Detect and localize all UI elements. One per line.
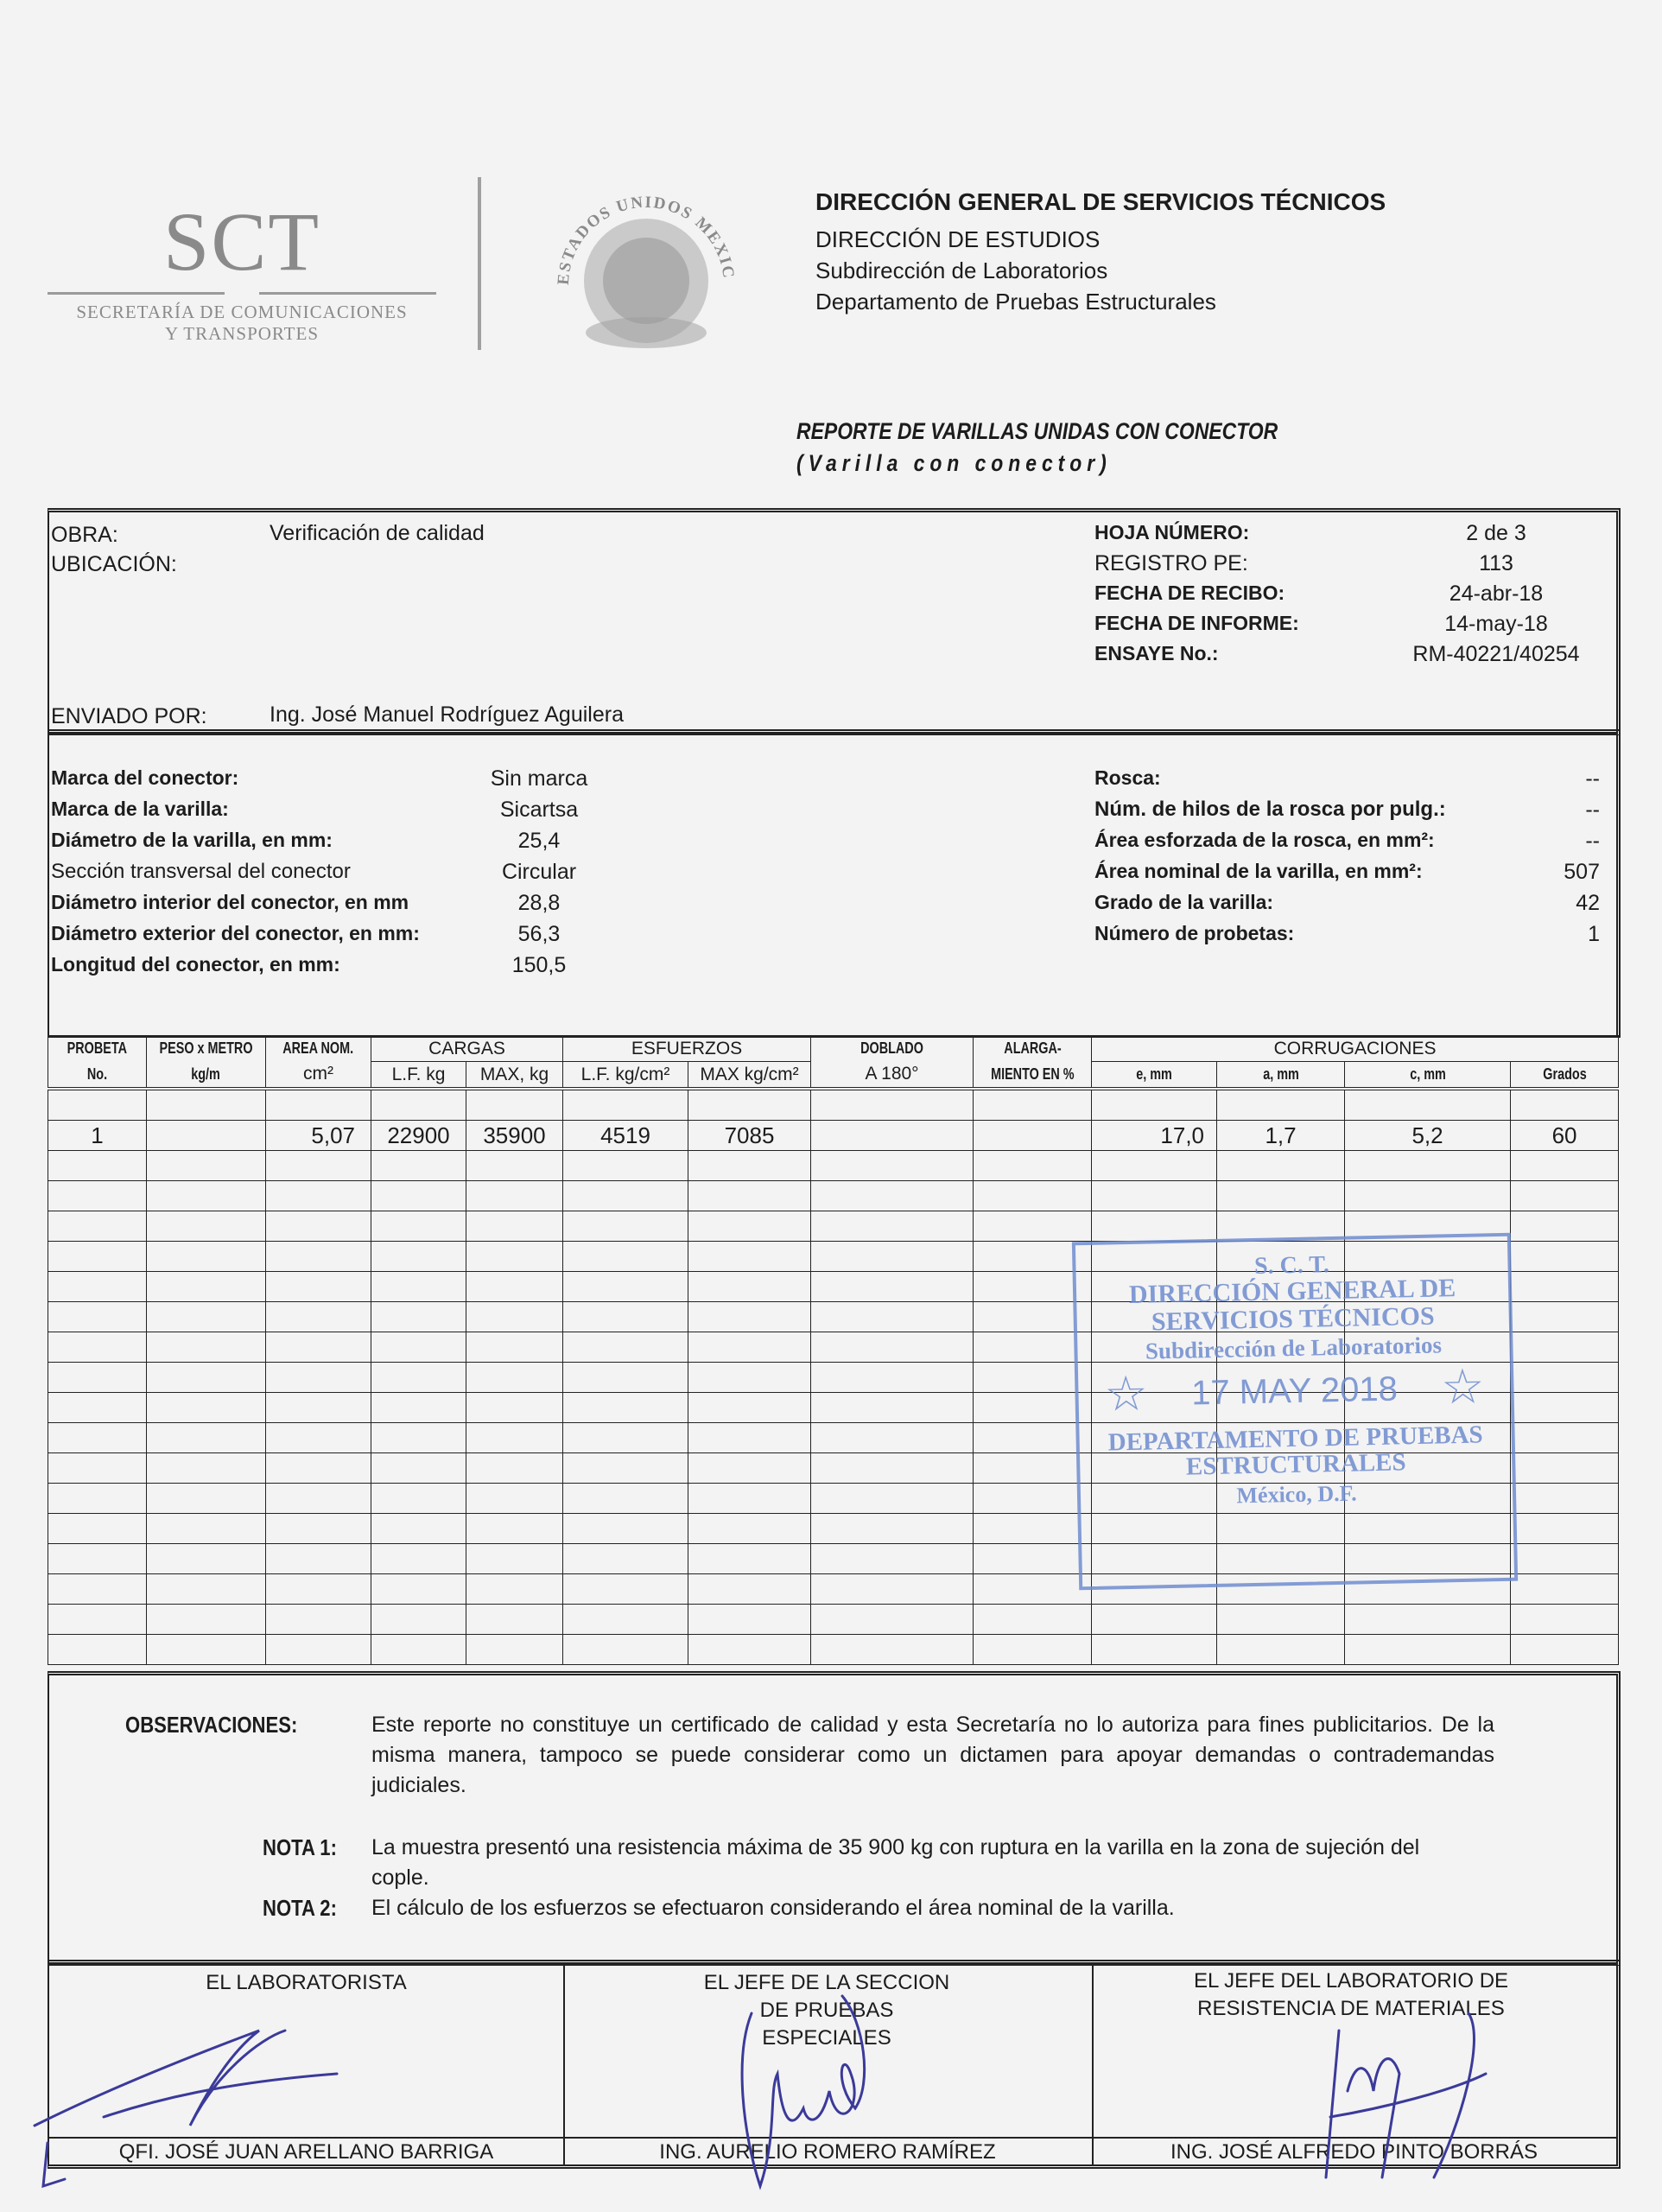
table-cell — [1217, 1151, 1345, 1181]
logo-divider — [478, 177, 481, 350]
table-cell — [266, 1332, 371, 1363]
table-cell — [466, 1635, 563, 1665]
table-cell — [266, 1635, 371, 1665]
table-cell — [371, 1423, 466, 1453]
table-cell — [48, 1332, 147, 1363]
spec-value: -- — [1585, 829, 1600, 854]
table-cell — [974, 1181, 1092, 1211]
table-cell — [563, 1393, 688, 1423]
table-cell — [147, 1151, 266, 1181]
table-cell: 5,07 — [266, 1121, 371, 1151]
table-cell — [371, 1363, 466, 1393]
table-cell — [371, 1453, 466, 1484]
table-cell — [466, 1544, 563, 1574]
table-cell — [688, 1272, 811, 1302]
header-line-2: DIRECCIÓN DE ESTUDIOS — [815, 226, 1100, 253]
table-row — [48, 1181, 1619, 1211]
col-header-area: AREA NOM. — [266, 1036, 371, 1062]
table-cell — [371, 1151, 466, 1181]
subheader-probeta: No. — [48, 1062, 147, 1090]
spec-label: Área nominal de la varilla, en mm²: — [1094, 860, 1423, 882]
table-cell — [266, 1544, 371, 1574]
table-cell — [48, 1363, 147, 1393]
specs-left: Marca del conector:Sin marca Marca de la… — [51, 766, 656, 984]
table-cell — [563, 1272, 688, 1302]
spec-label: Diámetro de la varilla, en mm: — [51, 829, 333, 851]
table-cell — [266, 1393, 371, 1423]
table-cell — [1511, 1514, 1619, 1544]
table-cell — [466, 1151, 563, 1181]
table-cell — [466, 1089, 563, 1121]
table-cell — [1345, 1181, 1511, 1211]
table-cell — [1511, 1332, 1619, 1363]
table-cell — [466, 1574, 563, 1605]
table-cell — [266, 1181, 371, 1211]
table-cell — [563, 1453, 688, 1484]
table-cell — [811, 1514, 974, 1544]
table-cell — [147, 1089, 266, 1121]
signature-title: EL JEFE DEL LABORATORIO DE RESISTENCIA D… — [1126, 1967, 1576, 2023]
table-cell — [688, 1635, 811, 1665]
col-header-peso: PESO x METRO — [147, 1036, 266, 1062]
table-cell — [563, 1544, 688, 1574]
specs-box: Marca del conector:Sin marca Marca de la… — [48, 729, 1621, 1038]
table-cell — [371, 1393, 466, 1423]
table-cell — [371, 1181, 466, 1211]
spec-value: Circular — [453, 860, 625, 885]
table-cell — [466, 1181, 563, 1211]
sct-logo-letters: SCT — [48, 199, 436, 285]
table-cell — [811, 1332, 974, 1363]
subheader-e-mm: e, mm — [1092, 1062, 1217, 1090]
table-cell — [147, 1181, 266, 1211]
col-header-probeta: PROBETA — [48, 1036, 147, 1062]
table-cell — [974, 1635, 1092, 1665]
table-cell — [147, 1484, 266, 1514]
nota1-text: La muestra presentó una resistencia máxi… — [371, 1833, 1460, 1893]
table-cell — [466, 1423, 563, 1453]
table-cell — [466, 1332, 563, 1363]
header-line-3: Subdirección de Laboratorios — [815, 257, 1107, 284]
table-cell — [1511, 1605, 1619, 1635]
table-cell — [147, 1393, 266, 1423]
col-header-corrugaciones: CORRUGACIONES — [1092, 1036, 1619, 1062]
mexican-seal-icon: ESTADOS UNIDOS MEXICANOS — [542, 173, 750, 380]
spec-value: 1 — [1588, 922, 1600, 947]
nota2-text: El cálculo de los esfuerzos se efectuaro… — [371, 1893, 1494, 1923]
table-cell — [266, 1574, 371, 1605]
table-cell — [1511, 1453, 1619, 1484]
subheader-a-mm: a, mm — [1217, 1062, 1345, 1090]
table-cell — [147, 1363, 266, 1393]
table-cell — [688, 1242, 811, 1272]
table-cell — [563, 1332, 688, 1363]
table-cell — [1511, 1181, 1619, 1211]
table-header-row-2: No. kg/m cm² L.F. kg MAX, kg L.F. kg/cm²… — [48, 1062, 1619, 1090]
table-cell — [811, 1121, 974, 1151]
table-cell: 17,0 — [1092, 1121, 1217, 1151]
signature-block-jefe-seccion: EL JEFE DE LA SECCION DE PRUEBAS ESPECIA… — [563, 1964, 1094, 2164]
subheader-lf-kg: L.F. kg — [371, 1062, 466, 1090]
signature-block-laboratorista: EL LABORATORISTA QFI. JOSÉ JUAN ARELLANO… — [49, 1964, 565, 2164]
table-cell — [266, 1272, 371, 1302]
table-cell — [48, 1211, 147, 1242]
hoja-label: HOJA NÚMERO: — [1094, 521, 1249, 543]
sct-logo-subtitle-1: SECRETARÍA DE COMUNICACIONES — [48, 302, 436, 323]
table-cell — [371, 1242, 466, 1272]
table-cell — [1511, 1089, 1619, 1121]
table-cell — [688, 1393, 811, 1423]
spec-value: Sicartsa — [453, 798, 625, 823]
subheader-max-kg: MAX, kg — [466, 1062, 563, 1090]
table-cell — [1511, 1484, 1619, 1514]
subheader-doblado: A 180° — [811, 1062, 974, 1090]
table-cell — [147, 1453, 266, 1484]
spec-label: Sección transversal del conector — [51, 860, 351, 883]
table-cell: 5,2 — [1345, 1121, 1511, 1151]
table-cell — [48, 1453, 147, 1484]
table-cell — [147, 1121, 266, 1151]
table-cell — [811, 1302, 974, 1332]
table-cell — [1345, 1151, 1511, 1181]
col-header-doblado: DOBLADO — [811, 1036, 974, 1062]
table-cell — [371, 1332, 466, 1363]
spec-value: 507 — [1564, 860, 1600, 885]
table-row — [48, 1605, 1619, 1635]
table-cell — [974, 1423, 1092, 1453]
spec-label: Rosca: — [1094, 766, 1161, 789]
table-cell — [48, 1393, 147, 1423]
table-cell — [1345, 1605, 1511, 1635]
table-cell — [974, 1544, 1092, 1574]
table-cell — [147, 1211, 266, 1242]
table-cell — [466, 1605, 563, 1635]
table-cell — [563, 1302, 688, 1332]
specs-right: Rosca:-- Núm. de hilos de la rosca por p… — [1094, 766, 1613, 953]
table-cell — [974, 1514, 1092, 1544]
spec-label: Marca del conector: — [51, 766, 238, 789]
table-cell — [811, 1605, 974, 1635]
table-cell — [563, 1151, 688, 1181]
table-cell — [147, 1302, 266, 1332]
table-cell — [811, 1151, 974, 1181]
table-cell — [1092, 1211, 1217, 1242]
table-cell — [466, 1272, 563, 1302]
table-cell — [1511, 1635, 1619, 1665]
table-cell — [48, 1635, 147, 1665]
table-cell — [688, 1544, 811, 1574]
table-cell — [48, 1423, 147, 1453]
spec-label: Área esforzada de la rosca, en mm²: — [1094, 829, 1435, 851]
table-cell: 1,7 — [1217, 1121, 1345, 1151]
table-cell — [48, 1574, 147, 1605]
table-cell — [48, 1272, 147, 1302]
table-cell — [688, 1453, 811, 1484]
table-cell — [1511, 1363, 1619, 1393]
signature-title: EL LABORATORISTA — [49, 1969, 563, 1997]
header-line-1: DIRECCIÓN GENERAL DE SERVICIOS TÉCNICOS — [815, 188, 1386, 216]
table-cell — [147, 1514, 266, 1544]
stamp-line: México, D.F. — [1081, 1478, 1513, 1511]
table-cell: 4519 — [563, 1121, 688, 1151]
table-cell — [266, 1151, 371, 1181]
table-cell: 7085 — [688, 1121, 811, 1151]
table-cell — [974, 1089, 1092, 1121]
spec-label: Núm. de hilos de la rosca por pulg.: — [1094, 798, 1446, 821]
table-cell — [974, 1121, 1092, 1151]
table-cell — [563, 1605, 688, 1635]
table-cell — [1092, 1635, 1217, 1665]
star-icon: ☆ — [1441, 1362, 1485, 1414]
table-cell — [371, 1635, 466, 1665]
table-cell — [371, 1089, 466, 1121]
table-cell — [1511, 1151, 1619, 1181]
table-cell — [1217, 1605, 1345, 1635]
table-cell — [688, 1181, 811, 1211]
table-cell — [811, 1242, 974, 1272]
enviado-value: Ing. José Manuel Rodríguez Aguilera — [270, 702, 624, 728]
spec-value: 25,4 — [453, 829, 625, 854]
sct-logo: SCT SECRETARÍA DE COMUNICACIONES Y TRANS… — [48, 199, 436, 345]
ensaye-label: ENSAYE No.: — [1094, 642, 1219, 664]
table-cell — [688, 1514, 811, 1544]
table-cell — [1511, 1574, 1619, 1605]
table-cell — [563, 1514, 688, 1544]
table-cell — [48, 1181, 147, 1211]
report-subtitle: (Varilla con conector) — [796, 450, 1112, 477]
table-cell — [1511, 1393, 1619, 1423]
table-cell — [974, 1484, 1092, 1514]
table-cell — [466, 1363, 563, 1393]
table-cell — [563, 1574, 688, 1605]
stamp-line: Subdirección de Laboratorios — [1077, 1332, 1509, 1365]
hoja-value: 2 de 3 — [1388, 521, 1604, 546]
table-cell — [147, 1332, 266, 1363]
table-cell — [371, 1302, 466, 1332]
spec-label: Longitud del conector, en mm: — [51, 953, 340, 976]
table-cell — [266, 1453, 371, 1484]
table-cell — [811, 1363, 974, 1393]
table-cell — [48, 1302, 147, 1332]
signature-name: ING. JOSÉ ALFREDO PINTO BORRÁS — [1092, 2137, 1616, 2166]
table-cell — [266, 1242, 371, 1272]
subheader-area: cm² — [266, 1062, 371, 1090]
table-cell — [1092, 1181, 1217, 1211]
table-cell: 22900 — [371, 1121, 466, 1151]
table-cell — [371, 1574, 466, 1605]
nota2-label: NOTA 2: — [263, 1895, 337, 1922]
signature-title: EL JEFE DE LA SECCION DE PRUEBAS ESPECIA… — [693, 1969, 961, 2052]
table-cell — [688, 1423, 811, 1453]
col-header-alargamiento: ALARGA- — [974, 1036, 1092, 1062]
fecha-informe-label: FECHA DE INFORME: — [1094, 612, 1299, 634]
table-cell — [811, 1272, 974, 1302]
table-cell — [688, 1302, 811, 1332]
table-cell — [466, 1211, 563, 1242]
ensaye-value: RM-40221/40254 — [1388, 642, 1604, 667]
table-cell: 35900 — [466, 1121, 563, 1151]
col-header-esfuerzos: ESFUERZOS — [563, 1036, 811, 1062]
spec-label: Número de probetas: — [1094, 922, 1294, 944]
table-cell — [811, 1393, 974, 1423]
table-cell — [1092, 1151, 1217, 1181]
table-cell — [371, 1514, 466, 1544]
table-row — [48, 1151, 1619, 1181]
registro-value: 113 — [1388, 551, 1604, 576]
table-cell — [48, 1484, 147, 1514]
table-cell — [688, 1363, 811, 1393]
ubicacion-label: UBICACIÓN: — [51, 552, 177, 577]
table-cell — [371, 1272, 466, 1302]
table-cell — [266, 1089, 371, 1121]
table-cell — [688, 1332, 811, 1363]
table-cell — [974, 1605, 1092, 1635]
table-cell — [1217, 1635, 1345, 1665]
table-cell — [688, 1089, 811, 1121]
spec-label: Marca de la varilla: — [51, 798, 229, 820]
subheader-lf-kgcm2: L.F. kg/cm² — [563, 1062, 688, 1090]
col-header-cargas: CARGAS — [371, 1036, 563, 1062]
table-cell — [811, 1484, 974, 1514]
table-cell — [147, 1574, 266, 1605]
spec-value: 28,8 — [453, 891, 625, 916]
table-cell — [371, 1484, 466, 1514]
obra-label: OBRA: — [51, 523, 118, 548]
table-cell — [266, 1211, 371, 1242]
enviado-label: ENVIADO POR: — [51, 704, 207, 729]
subheader-c-mm: c, mm — [1345, 1062, 1511, 1090]
table-cell — [466, 1453, 563, 1484]
table-header-row-1: PROBETA PESO x METRO AREA NOM. CARGAS ES… — [48, 1036, 1619, 1062]
table-cell — [147, 1423, 266, 1453]
spec-value: -- — [1585, 766, 1600, 791]
table-cell — [1511, 1211, 1619, 1242]
table-cell — [811, 1423, 974, 1453]
table-row — [48, 1635, 1619, 1665]
table-cell — [974, 1574, 1092, 1605]
table-cell — [563, 1363, 688, 1393]
table-cell — [811, 1574, 974, 1605]
table-cell — [466, 1393, 563, 1423]
table-cell — [1092, 1605, 1217, 1635]
table-cell — [1511, 1544, 1619, 1574]
table-cell — [1345, 1635, 1511, 1665]
table-cell — [811, 1544, 974, 1574]
table-cell — [974, 1453, 1092, 1484]
star-icon: ☆ — [1104, 1369, 1148, 1421]
header-line-4: Departamento de Pruebas Estructurales — [815, 289, 1216, 315]
sct-logo-subtitle-2: Y TRANSPORTES — [48, 323, 436, 345]
spec-value: 42 — [1576, 891, 1600, 916]
table-cell — [371, 1544, 466, 1574]
table-cell — [563, 1635, 688, 1665]
subheader-max-kgcm2: MAX kg/cm² — [688, 1062, 811, 1090]
stamp-date: 17 MAY 2018 — [1191, 1371, 1399, 1412]
table-cell — [266, 1605, 371, 1635]
fecha-recibo-value: 24-abr-18 — [1388, 582, 1604, 607]
spec-value: 56,3 — [453, 922, 625, 947]
subheader-grados: Grados — [1511, 1062, 1619, 1090]
table-cell — [147, 1605, 266, 1635]
table-cell — [1511, 1302, 1619, 1332]
table-cell — [1092, 1089, 1217, 1121]
table-cell — [974, 1393, 1092, 1423]
table-cell — [563, 1089, 688, 1121]
spec-value: Sin marca — [453, 766, 625, 791]
table-cell — [147, 1635, 266, 1665]
nota1-label: NOTA 1: — [263, 1834, 337, 1861]
table-cell — [48, 1514, 147, 1544]
table-cell — [147, 1242, 266, 1272]
table-cell — [48, 1151, 147, 1181]
table-cell — [266, 1363, 371, 1393]
table-cell — [266, 1484, 371, 1514]
info-right-block: HOJA NÚMERO:2 de 3 REGISTRO PE:113 FECHA… — [1094, 521, 1613, 672]
table-cell — [266, 1514, 371, 1544]
table-cell — [688, 1151, 811, 1181]
table-cell: 1 — [48, 1121, 147, 1151]
table-cell — [688, 1484, 811, 1514]
signature-name: ING. AURELIO ROMERO RAMÍREZ — [563, 2137, 1092, 2166]
subheader-peso: kg/m — [147, 1062, 266, 1090]
table-cell — [974, 1151, 1092, 1181]
table-cell — [1511, 1272, 1619, 1302]
table-cell — [811, 1089, 974, 1121]
table-cell — [466, 1514, 563, 1544]
table-cell — [563, 1242, 688, 1272]
table-row — [48, 1089, 1619, 1121]
table-cell — [1345, 1089, 1511, 1121]
signature-block-jefe-laboratorio: EL JEFE DEL LABORATORIO DE RESISTENCIA D… — [1092, 1964, 1616, 2164]
signature-name: QFI. JOSÉ JUAN ARELLANO BARRIGA — [49, 2137, 563, 2166]
table-cell — [466, 1484, 563, 1514]
observations-label: OBSERVACIONES: — [125, 1712, 297, 1738]
table-cell — [811, 1211, 974, 1242]
observations-box: OBSERVACIONES: Este reporte no constituy… — [48, 1671, 1621, 1966]
table-cell — [48, 1242, 147, 1272]
registro-label: REGISTRO PE: — [1094, 551, 1248, 575]
fecha-recibo-label: FECHA DE RECIBO: — [1094, 582, 1285, 604]
table-cell — [371, 1605, 466, 1635]
signatures-box: EL LABORATORISTA QFI. JOSÉ JUAN ARELLANO… — [48, 1960, 1621, 2169]
table-cell — [466, 1302, 563, 1332]
table-cell: 60 — [1511, 1121, 1619, 1151]
table-cell — [147, 1544, 266, 1574]
report-title: REPORTE DE VARILLAS UNIDAS CON CONECTOR — [796, 418, 1278, 445]
table-cell — [563, 1181, 688, 1211]
spec-label: Grado de la varilla: — [1094, 891, 1273, 913]
spec-label: Diámetro exterior del conector, en mm: — [51, 922, 420, 944]
subheader-alargamiento: MIENTO EN % — [974, 1062, 1092, 1090]
table-cell — [266, 1423, 371, 1453]
table-cell — [811, 1181, 974, 1211]
table-row: 15,0722900359004519708517,01,75,260 — [48, 1121, 1619, 1151]
spec-label: Diámetro interior del conector, en mm — [51, 891, 409, 913]
info-box: OBRA: Verificación de calidad UBICACIÓN:… — [48, 508, 1621, 735]
fecha-informe-value: 14-may-18 — [1388, 612, 1604, 637]
table-cell — [147, 1272, 266, 1302]
table-cell — [1217, 1181, 1345, 1211]
table-cell — [974, 1211, 1092, 1242]
table-cell — [563, 1211, 688, 1242]
observations-text: Este reporte no constituye un certificad… — [371, 1710, 1494, 1801]
table-cell — [811, 1635, 974, 1665]
obra-value: Verificación de calidad — [270, 521, 485, 546]
table-cell — [1511, 1242, 1619, 1272]
table-cell — [811, 1453, 974, 1484]
table-cell — [48, 1605, 147, 1635]
table-cell — [266, 1302, 371, 1332]
